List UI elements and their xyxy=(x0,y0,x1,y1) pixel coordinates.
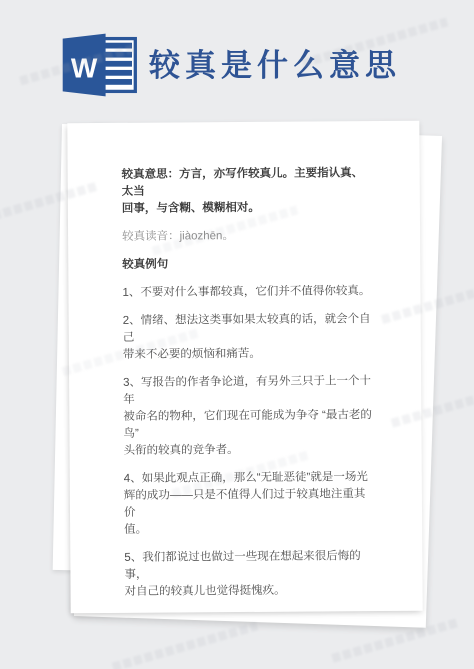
paragraph: 1、不要对什么事都较真，它们并不值得你较真。 xyxy=(122,283,374,302)
paragraph: 较真读音：jiàozhēn。 xyxy=(122,227,374,246)
word-icon-letter: W xyxy=(71,52,98,83)
paragraph: 4、如果此观点正确，那么“无耻恶徒”就是一场光 辉的成功——只是不值得人们过于较… xyxy=(124,469,376,539)
paragraph: 较真例句 xyxy=(122,255,374,274)
document-body: 较真意思：方言，亦写作较真儿。主要指认真、太当 回事，与含糊、模糊相对。较真读音… xyxy=(122,165,377,612)
paragraph: 2、情绪、想法这类事如果太较真的话，就会个自己 带来不必要的烦恼和痛苦。 xyxy=(123,311,375,364)
paragraph: 较真意思：方言，亦写作较真儿。主要指认真、太当 回事，与含糊、模糊相对。 xyxy=(122,165,374,218)
word-icon: W xyxy=(57,32,141,98)
document-page: 较真意思：方言，亦写作较真儿。主要指认真、太当 回事，与含糊、模糊相对。较真读音… xyxy=(67,121,422,613)
paragraph: 5、我们都说过也做过一些现在想起来很后悔的事， 对自己的较真儿也觉得挺愧疚。 xyxy=(124,548,376,601)
paragraph: 3、写报告的作者争论道，有另外三只于上一个十年 被命名的物种，它们现在可能成为争… xyxy=(123,373,376,460)
template-preview-canvas: { "header": { "title": "较真是什么意思", "title… xyxy=(0,0,474,669)
watermark xyxy=(112,622,259,669)
header: W 较真是什么意思 xyxy=(0,0,474,118)
page-title: 较真是什么意思 xyxy=(149,40,449,85)
